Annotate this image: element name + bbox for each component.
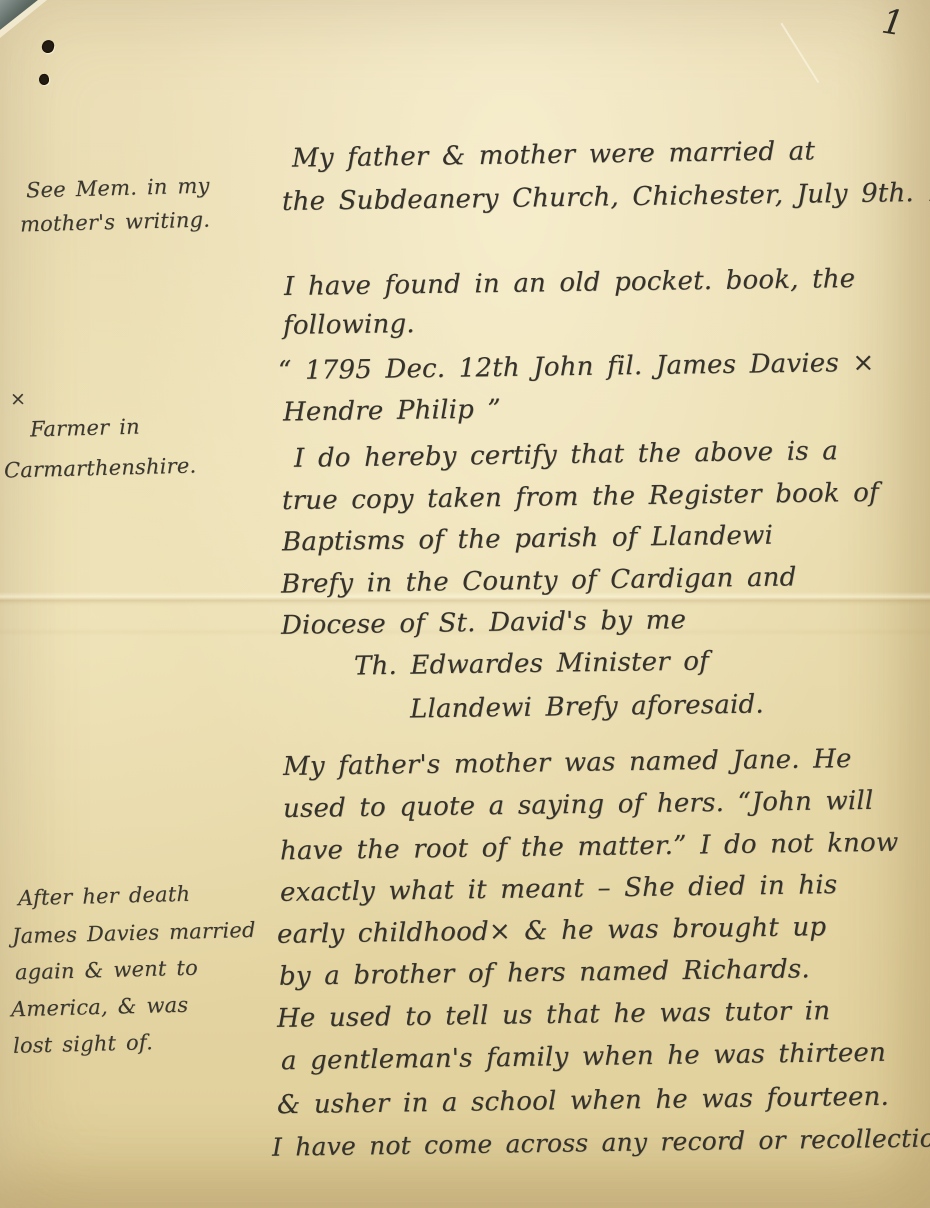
pin-hole — [41, 39, 56, 55]
margin-note-line: America, & was — [11, 995, 189, 1021]
manuscript-line: by a brother of hers named Richards. — [279, 956, 810, 989]
margin-note-line: See Mem. in my — [26, 176, 210, 202]
manuscript-line: & usher in a school when he was fourteen… — [277, 1084, 889, 1119]
manuscript-line: He used to tell us that he was tutor in — [277, 998, 830, 1032]
manuscript-page: 1 See Mem. in my mother's writing. × Far… — [0, 0, 930, 1208]
manuscript-line: following. — [283, 311, 415, 339]
manuscript-line: My father's mother was named Jane. He — [283, 746, 852, 780]
clipped-corner — [780, 0, 895, 83]
manuscript-line: early childhood× & he was brought up — [277, 914, 827, 948]
manuscript-line: have the root of the matter.” I do not k… — [280, 830, 899, 865]
manuscript-line: a gentleman's family when he was thirtee… — [281, 1040, 886, 1074]
manuscript-line: My father & mother were married at — [292, 138, 815, 171]
manuscript-line: I do hereby certify that the above is a — [294, 438, 838, 472]
page-number: 1 — [879, 5, 906, 42]
manuscript-line: Diocese of St. David's by me — [281, 607, 686, 639]
margin-note-line: Farmer in — [30, 417, 140, 441]
manuscript-line: used to quote a saying of hers. “John wi… — [283, 788, 874, 822]
manuscript-line: Hendre Philip ” — [283, 396, 501, 425]
manuscript-line: exactly what it meant – She died in his — [280, 872, 838, 906]
manuscript-line: I have not come across any record or rec… — [272, 1125, 930, 1159]
manuscript-line: true copy taken from the Register book o… — [282, 480, 879, 514]
margin-note-line: mother's writing. — [20, 210, 211, 236]
reference-mark: × — [10, 390, 27, 409]
manuscript-line: Baptisms of the parish of Llandewi — [282, 523, 773, 556]
manuscript-line: Llandewi Brefy aforesaid. — [410, 692, 764, 723]
manuscript-line: Brefy in the County of Cardigan and — [281, 564, 797, 597]
manuscript-line: I have found in an old pocket. book, the — [284, 266, 856, 300]
margin-note-line: Carmarthenshire. — [4, 455, 197, 481]
manuscript-line: “ 1795 Dec. 12th John fil. James Davies … — [278, 350, 875, 384]
margin-note-line: again & went to — [15, 958, 198, 984]
manuscript-line: Th. Edwardes Minister of — [354, 649, 709, 680]
manuscript-line: the Subdeanery Church, Chichester, July … — [282, 179, 930, 215]
pin-hole — [38, 73, 50, 86]
margin-note-line: James Davies married — [12, 920, 256, 947]
margin-note-line: lost sight of. — [13, 1032, 153, 1057]
margin-note-line: After her death — [18, 884, 191, 909]
